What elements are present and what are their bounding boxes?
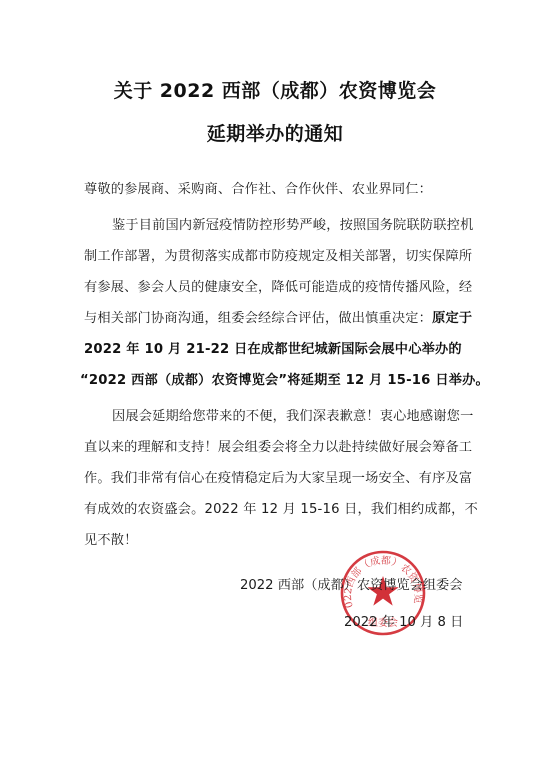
signature-organization: 2022 西部（成都）农资博览会组委会 — [240, 574, 462, 593]
notice-page: 关于 2022 西部（成都）农资博览会 延期举办的通知 尊敬的参展商、采购商、合… — [0, 0, 550, 778]
paragraph-2-line-1: 因展会延期给您带来的不便，我们深表歉意！衷心地感谢您一 — [112, 405, 473, 424]
decision-bold-line-1: 2022 年 10 月 21-22 日在成都世纪城新国际会展中心举办的 — [84, 338, 462, 357]
signature-date: 2022 年 10 月 8 日 — [344, 611, 463, 630]
paragraph-1-line-4: 与相关部门协商沟通，组委会经综合评估，做出慎重决定：原定于 — [84, 307, 472, 326]
paragraph-2-line-2: 直以来的理解和支持！展会组委会将全力以赴持续做好展会筹备工 — [84, 436, 472, 455]
decision-bold-inline: 原定于 — [432, 311, 472, 326]
paragraph-2-line-4: 有成效的农资盛会。2022 年 12 月 15-16 日，我们相约成都，不 — [84, 498, 478, 517]
decision-bold-line-2: “2022 西部（成都）农资博览会”将延期至 12 月 15-16 日举办。 — [80, 369, 489, 388]
paragraph-2-line-3: 作。我们非常有信心在疫情稳定后为大家呈现一场安全、有序及富 — [84, 467, 472, 486]
paragraph-1-line-4-text: 与相关部门协商沟通，组委会经综合评估，做出慎重决定： — [84, 311, 432, 326]
document-title-line-1: 关于 2022 西部（成都）农资博览会 — [0, 76, 550, 103]
paragraph-2-line-5: 见不散！ — [84, 529, 138, 548]
paragraph-1-line-3: 有参展、参会人员的健康安全，降低可能造成的疫情传播风险，经 — [84, 276, 472, 295]
salutation: 尊敬的参展商、采购商、合作社、合作伙伴、农业界同仁： — [84, 178, 432, 197]
paragraph-1-line-2: 制工作部署，为贯彻落实成都市防疫规定及相关部署，切实保障所 — [84, 245, 472, 264]
paragraph-1-line-1: 鉴于目前国内新冠疫情防控形势严峻，按照国务院联防联控机 — [112, 214, 473, 233]
document-title-line-2: 延期举办的通知 — [0, 119, 550, 146]
